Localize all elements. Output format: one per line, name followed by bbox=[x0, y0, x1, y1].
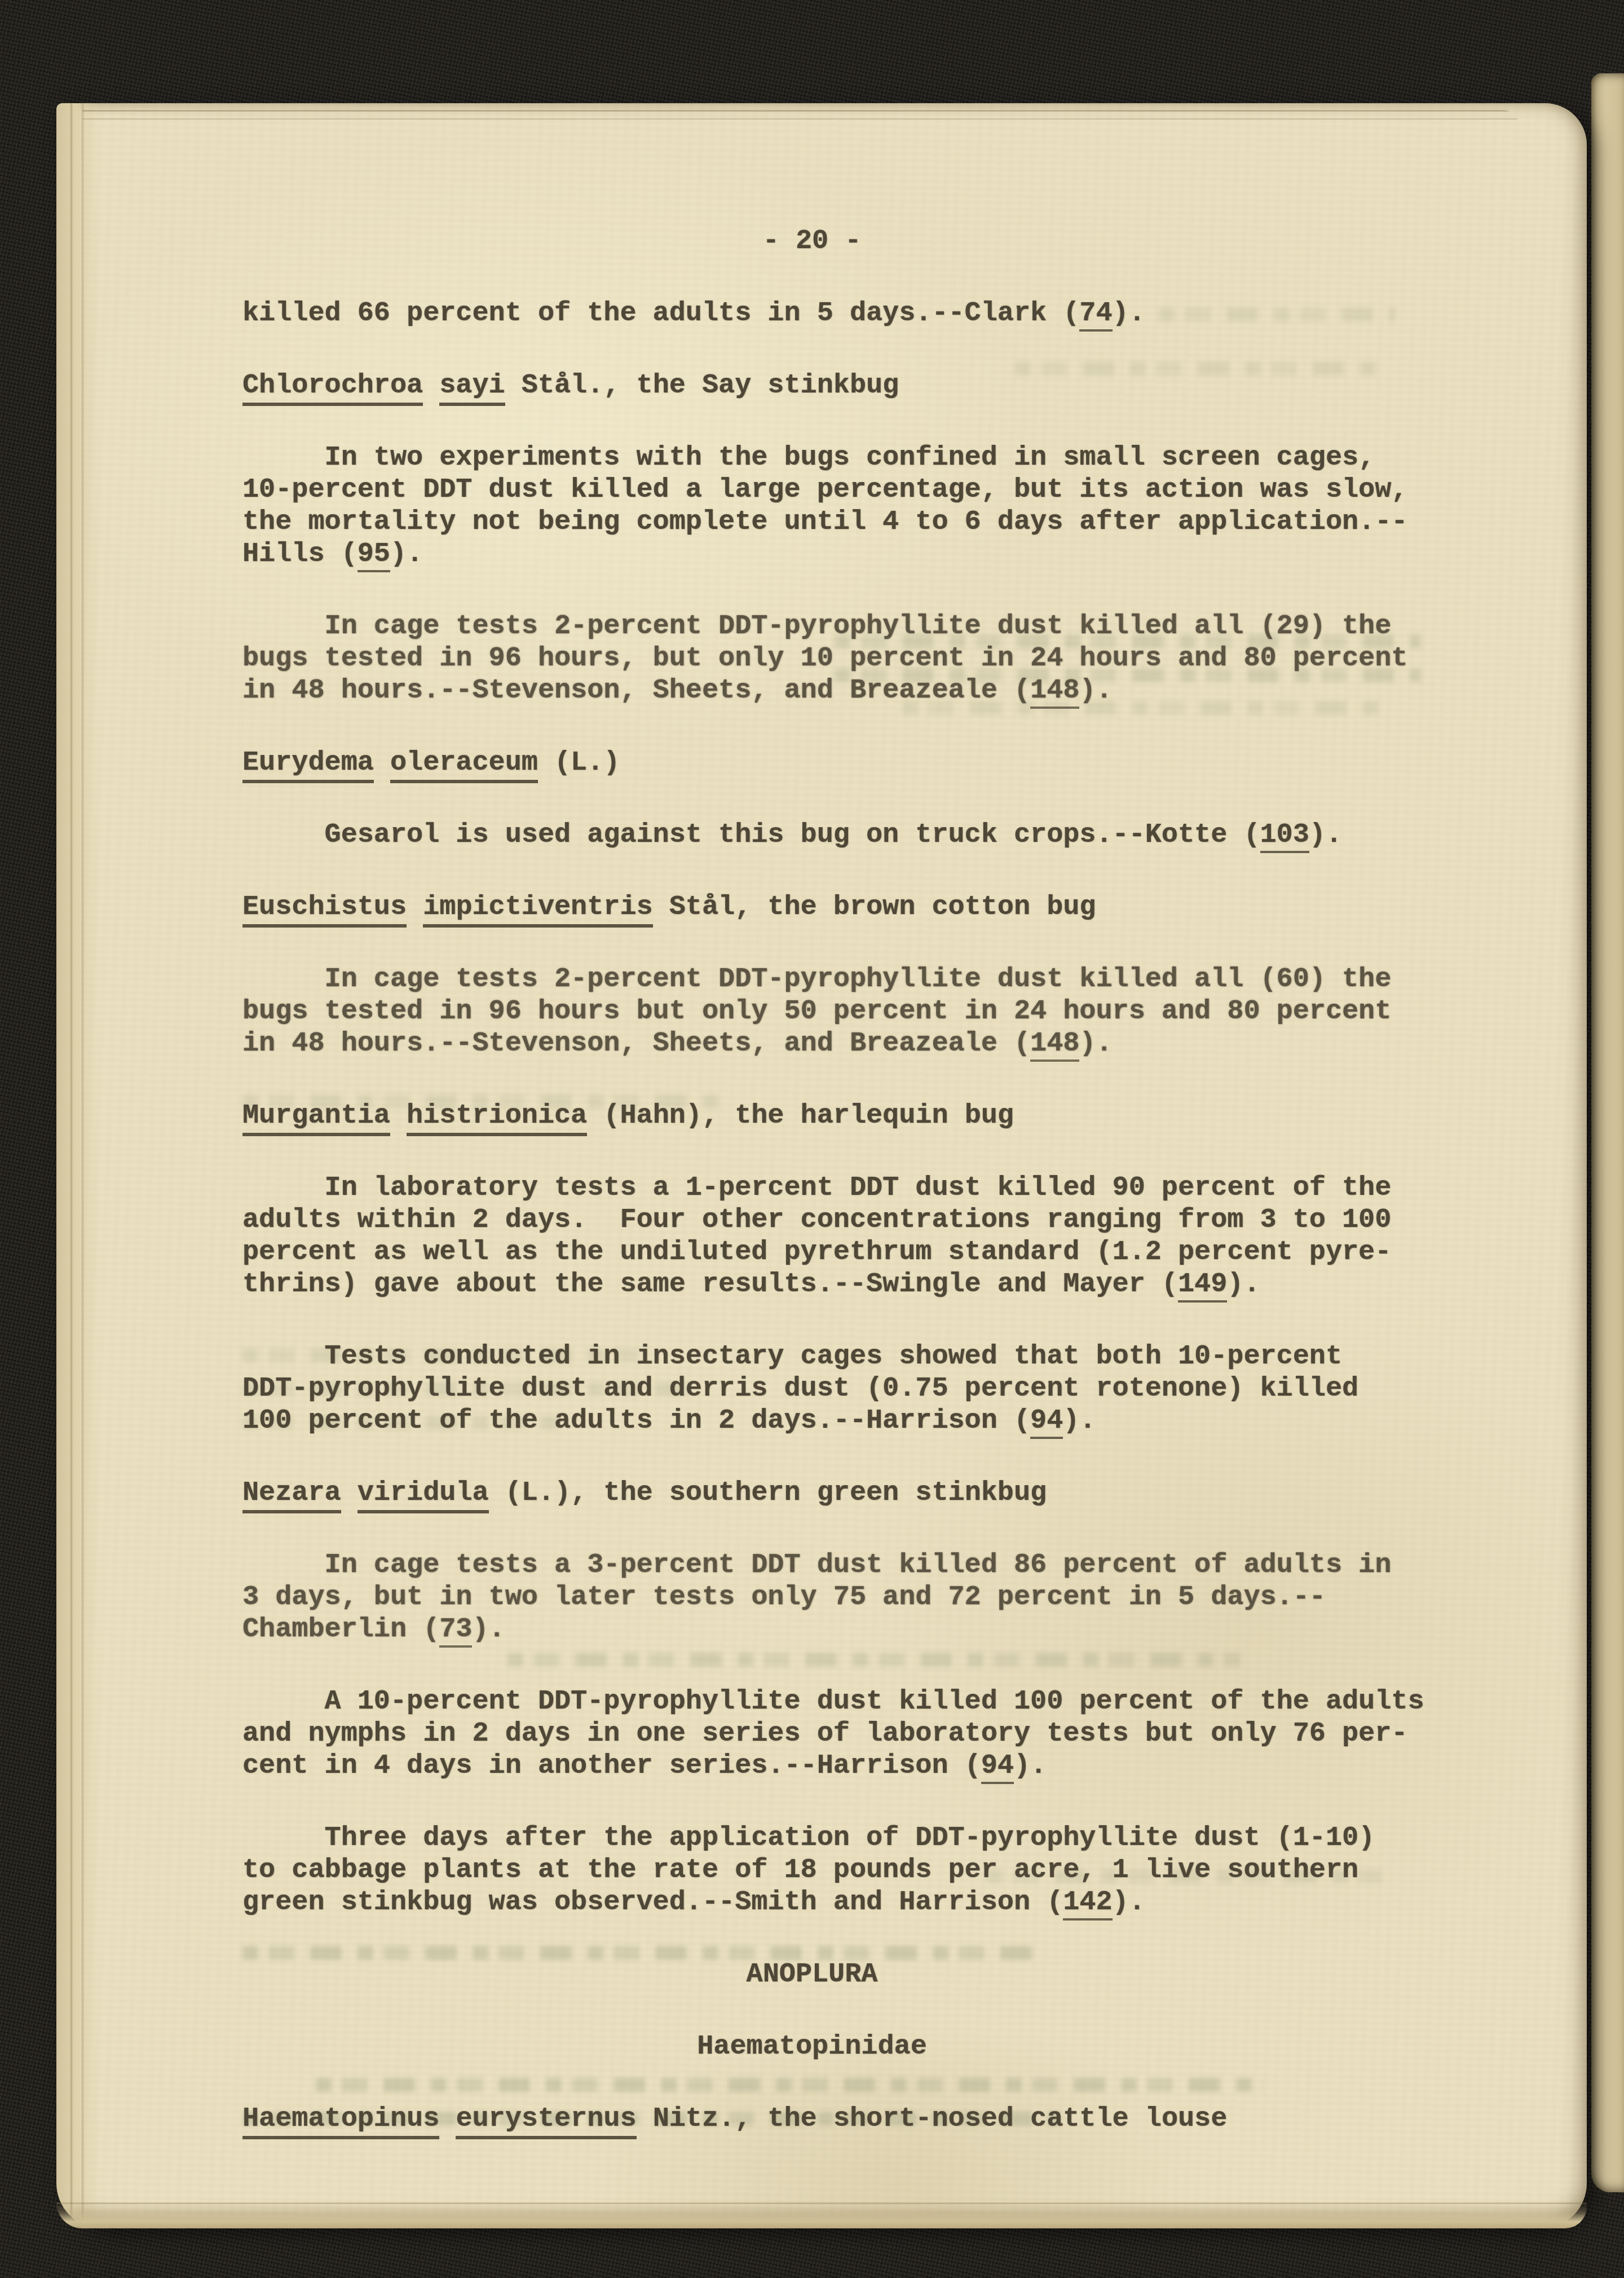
scanned-book-photo: { "scan_colors": { "paper": "#e9dfbf", "… bbox=[0, 0, 1624, 2278]
paragraph-carryover: killed 66 percent of the adults in 5 day… bbox=[242, 297, 1449, 329]
text-segment: bugs tested in 96 hours but only 50 perc… bbox=[242, 996, 1391, 1027]
text-segment: cent in 4 days in another series.--Harri… bbox=[242, 1750, 981, 1781]
typewritten-line: adults within 2 days. Four other concent… bbox=[242, 1204, 1449, 1236]
paragraph-chamberlin: In cage tests a 3-percent DDT dust kille… bbox=[242, 1549, 1449, 1645]
text-segment: ANOPLURA bbox=[747, 1959, 878, 1990]
text-segment: In cage tests 2-percent DDT-pyrophyllite… bbox=[242, 964, 1391, 995]
underlined-text: 103 bbox=[1260, 819, 1309, 853]
text-segment: In cage tests a 3-percent DDT dust kille… bbox=[242, 1549, 1391, 1581]
typewritten-line: 100 percent of the adults in 2 days.--Ha… bbox=[242, 1405, 1449, 1437]
typewritten-line: Chlorochroa sayi Stål., the Say stinkbug bbox=[242, 369, 1449, 401]
text-segment: DDT-pyrophyllite dust and derris dust (0… bbox=[242, 1373, 1358, 1404]
typewritten-line: 10-percent DDT dust killed a large perce… bbox=[242, 474, 1449, 506]
text-segment: killed 66 percent of the adults in 5 day… bbox=[242, 298, 1079, 329]
page-bottom-deckle-edge bbox=[56, 2202, 1587, 2228]
species-heading-eurydema-oleraceum: Eurydema oleraceum (L.) bbox=[242, 747, 1449, 779]
text-segment: adults within 2 days. Four other concent… bbox=[242, 1204, 1391, 1235]
text-segment: Hills ( bbox=[242, 538, 358, 569]
paragraph-harrison-series: A 10-percent DDT-pyrophyllite dust kille… bbox=[242, 1685, 1449, 1782]
typewritten-line: and nymphs in 2 days in one series of la… bbox=[242, 1718, 1449, 1750]
text-segment: to cabbage plants at the rate of 18 poun… bbox=[242, 1855, 1358, 1886]
paragraph-smith-harrison: Three days after the application of DDT-… bbox=[242, 1822, 1449, 1918]
underlined-text: 148 bbox=[1030, 675, 1079, 709]
text-segment: In cage tests 2-percent DDT-pyrophyllite… bbox=[242, 611, 1391, 642]
text-segment: the mortality not being complete until 4… bbox=[242, 506, 1407, 537]
text-segment bbox=[390, 1100, 407, 1131]
page-top-sheet-edges bbox=[82, 110, 1519, 127]
text-segment: (L.), the southern green stinkbug bbox=[489, 1477, 1047, 1508]
typewritten-content: - 20 -killed 66 percent of the adults in… bbox=[242, 225, 1449, 2135]
text-segment: Gesarol is used against this bug on truc… bbox=[242, 819, 1260, 850]
page-left-sheet-edges bbox=[56, 103, 101, 2228]
text-segment: Haematopinidae bbox=[697, 2031, 926, 2062]
underlined-text: Murgantia bbox=[242, 1100, 390, 1136]
typewritten-line: Three days after the application of DDT-… bbox=[242, 1822, 1449, 1854]
underlined-text: Chlorochroa bbox=[242, 370, 423, 406]
underlined-text: 148 bbox=[1030, 1028, 1079, 1062]
text-segment: A 10-percent DDT-pyrophyllite dust kille… bbox=[242, 1686, 1424, 1717]
underlined-text: 94 bbox=[1030, 1405, 1063, 1439]
text-segment: ). bbox=[472, 1614, 505, 1645]
typewritten-line: ANOPLURA bbox=[209, 1958, 1415, 1990]
typewritten-line: Haematopinidae bbox=[209, 2030, 1415, 2063]
text-segment: ). bbox=[1063, 1405, 1096, 1436]
text-segment: - 20 - bbox=[763, 226, 862, 257]
typewritten-line: Gesarol is used against this bug on truc… bbox=[242, 819, 1449, 851]
text-segment: ). bbox=[1079, 1028, 1112, 1059]
species-heading-chlorochroa-sayi: Chlorochroa sayi Stål., the Say stinkbug bbox=[242, 369, 1449, 401]
underlined-text: 142 bbox=[1063, 1887, 1112, 1921]
typewritten-line: cent in 4 days in another series.--Harri… bbox=[242, 1750, 1449, 1782]
typewritten-line: In cage tests a 3-percent DDT dust kille… bbox=[242, 1549, 1449, 1581]
text-segment: Nitz., the short-nosed cattle louse bbox=[637, 2103, 1228, 2134]
underlined-text: Eurydema bbox=[242, 747, 374, 783]
underlined-text: viridula bbox=[358, 1477, 489, 1513]
species-heading-euschistus-impictiventris: Euschistus impictiventris Stål, the brow… bbox=[242, 891, 1449, 923]
typewritten-line: Nezara viridula (L.), the southern green… bbox=[242, 1477, 1449, 1509]
text-segment: ). bbox=[1309, 819, 1342, 850]
text-segment: ). bbox=[1014, 1750, 1047, 1781]
typewritten-line: Murgantia histrionica (Hahn), the harleq… bbox=[242, 1100, 1449, 1132]
text-segment: 3 days, but in two later tests only 75 a… bbox=[242, 1582, 1326, 1613]
underlined-text: histrionica bbox=[407, 1100, 587, 1136]
paragraph-swingle-mayer: In laboratory tests a 1-percent DDT dust… bbox=[242, 1172, 1449, 1300]
underlined-text: 149 bbox=[1178, 1269, 1227, 1303]
text-segment: In laboratory tests a 1-percent DDT dust… bbox=[242, 1172, 1391, 1203]
underlined-text: Nezara bbox=[242, 1477, 341, 1513]
text-segment: Chamberlin ( bbox=[242, 1614, 439, 1645]
text-segment bbox=[423, 370, 439, 401]
underlined-text: 94 bbox=[981, 1750, 1014, 1784]
typewritten-line: - 20 - bbox=[209, 225, 1415, 257]
underlined-text: Haematopinus bbox=[242, 2103, 439, 2139]
typewritten-line: killed 66 percent of the adults in 5 day… bbox=[242, 297, 1449, 329]
text-segment: and nymphs in 2 days in one series of la… bbox=[242, 1718, 1407, 1749]
underlined-text: eurysternus bbox=[456, 2103, 636, 2139]
typewritten-line: In two experiments with the bugs confine… bbox=[242, 442, 1449, 474]
document-page: - 20 -killed 66 percent of the adults in… bbox=[56, 103, 1587, 2228]
underlined-text: Euschistus bbox=[242, 891, 407, 928]
typewritten-line: 3 days, but in two later tests only 75 a… bbox=[242, 1581, 1449, 1613]
typewritten-line: In cage tests 2-percent DDT-pyrophyllite… bbox=[242, 610, 1449, 642]
typewritten-line: Hills (95). bbox=[242, 538, 1449, 570]
text-segment: in 48 hours.--Stevenson, Sheets, and Bre… bbox=[242, 1028, 1030, 1059]
family-heading-haematopinidae: Haematopinidae bbox=[242, 2030, 1449, 2063]
typewritten-line: percent as well as the undiluted pyrethr… bbox=[242, 1236, 1449, 1268]
typewritten-line: the mortality not being complete until 4… bbox=[242, 506, 1449, 538]
text-segment bbox=[439, 2103, 456, 2134]
text-segment: Stål., the Say stinkbug bbox=[505, 370, 899, 401]
typewritten-line: bugs tested in 96 hours but only 50 perc… bbox=[242, 995, 1449, 1027]
paragraph-stevenson-29: In cage tests 2-percent DDT-pyrophyllite… bbox=[242, 610, 1449, 707]
typewritten-line: Haematopinus eurysternus Nitz., the shor… bbox=[242, 2103, 1449, 2135]
underlined-text: sayi bbox=[439, 370, 505, 406]
typewritten-line: Chamberlin (73). bbox=[242, 1613, 1449, 1645]
paragraph-kotte: Gesarol is used against this bug on truc… bbox=[242, 819, 1449, 851]
page-number: - 20 - bbox=[242, 225, 1449, 257]
typewritten-line: Eurydema oleraceum (L.) bbox=[242, 747, 1449, 779]
text-segment: ). bbox=[1113, 298, 1145, 329]
text-segment bbox=[374, 747, 390, 778]
species-heading-murgantia-histrionica: Murgantia histrionica (Hahn), the harleq… bbox=[242, 1100, 1449, 1132]
text-segment: In two experiments with the bugs confine… bbox=[242, 442, 1375, 473]
typewritten-line: Euschistus impictiventris Stål, the brow… bbox=[242, 891, 1449, 923]
text-segment: (L.) bbox=[538, 747, 620, 778]
text-segment: 10-percent DDT dust killed a large perce… bbox=[242, 474, 1407, 505]
typewritten-line: green stinkbug was observed.--Smith and … bbox=[242, 1886, 1449, 1918]
text-segment: thrins) gave about the same results.--Sw… bbox=[242, 1269, 1178, 1300]
text-segment: bugs tested in 96 hours, but only 10 per… bbox=[242, 643, 1407, 674]
typewritten-line: In laboratory tests a 1-percent DDT dust… bbox=[242, 1172, 1449, 1204]
text-segment: in 48 hours.--Stevenson, Sheets, and Bre… bbox=[242, 675, 1030, 706]
underlined-text: 73 bbox=[439, 1614, 472, 1648]
order-heading-anoplura: ANOPLURA bbox=[242, 1958, 1449, 1990]
paragraph-stevenson-60: In cage tests 2-percent DDT-pyrophyllite… bbox=[242, 963, 1449, 1059]
text-segment: Tests conducted in insectary cages showe… bbox=[242, 1341, 1342, 1372]
text-segment: percent as well as the undiluted pyrethr… bbox=[242, 1237, 1391, 1268]
text-segment: ). bbox=[390, 538, 423, 569]
text-segment: ). bbox=[1079, 675, 1112, 706]
typewritten-line: to cabbage plants at the rate of 18 poun… bbox=[242, 1854, 1449, 1886]
underlined-text: impictiventris bbox=[423, 891, 652, 928]
species-heading-nezara-viridula: Nezara viridula (L.), the southern green… bbox=[242, 1477, 1449, 1509]
typewritten-line: A 10-percent DDT-pyrophyllite dust kille… bbox=[242, 1685, 1449, 1718]
text-segment bbox=[341, 1477, 358, 1508]
typewritten-line: in 48 hours.--Stevenson, Sheets, and Bre… bbox=[242, 674, 1449, 707]
text-segment bbox=[407, 891, 423, 922]
typewritten-line: Tests conducted in insectary cages showe… bbox=[242, 1340, 1449, 1372]
text-segment: Stål, the brown cotton bug bbox=[653, 891, 1096, 922]
typewritten-line: thrins) gave about the same results.--Sw… bbox=[242, 1268, 1449, 1300]
typewritten-line: in 48 hours.--Stevenson, Sheets, and Bre… bbox=[242, 1027, 1449, 1059]
typewritten-line: bugs tested in 96 hours, but only 10 per… bbox=[242, 642, 1449, 674]
text-segment: ). bbox=[1227, 1269, 1260, 1300]
paragraph-harrison-insectary: Tests conducted in insectary cages showe… bbox=[242, 1340, 1449, 1437]
underlined-text: oleraceum bbox=[390, 747, 538, 783]
text-segment: green stinkbug was observed.--Smith and … bbox=[242, 1887, 1063, 1918]
underlined-text: 95 bbox=[358, 538, 390, 572]
adjacent-page-edge bbox=[1591, 73, 1624, 2192]
paragraph-hills: In two experiments with the bugs confine… bbox=[242, 442, 1449, 570]
text-segment: ). bbox=[1113, 1887, 1145, 1918]
species-heading-haematopinus-eurysternus: Haematopinus eurysternus Nitz., the shor… bbox=[242, 2103, 1449, 2135]
text-segment: Three days after the application of DDT-… bbox=[242, 1822, 1375, 1853]
text-segment: 100 percent of the adults in 2 days.--Ha… bbox=[242, 1405, 1030, 1436]
text-segment: (Hahn), the harlequin bug bbox=[587, 1100, 1014, 1131]
typewritten-line: DDT-pyrophyllite dust and derris dust (0… bbox=[242, 1372, 1449, 1405]
underlined-text: 74 bbox=[1079, 298, 1112, 332]
typewritten-line: In cage tests 2-percent DDT-pyrophyllite… bbox=[242, 963, 1449, 995]
